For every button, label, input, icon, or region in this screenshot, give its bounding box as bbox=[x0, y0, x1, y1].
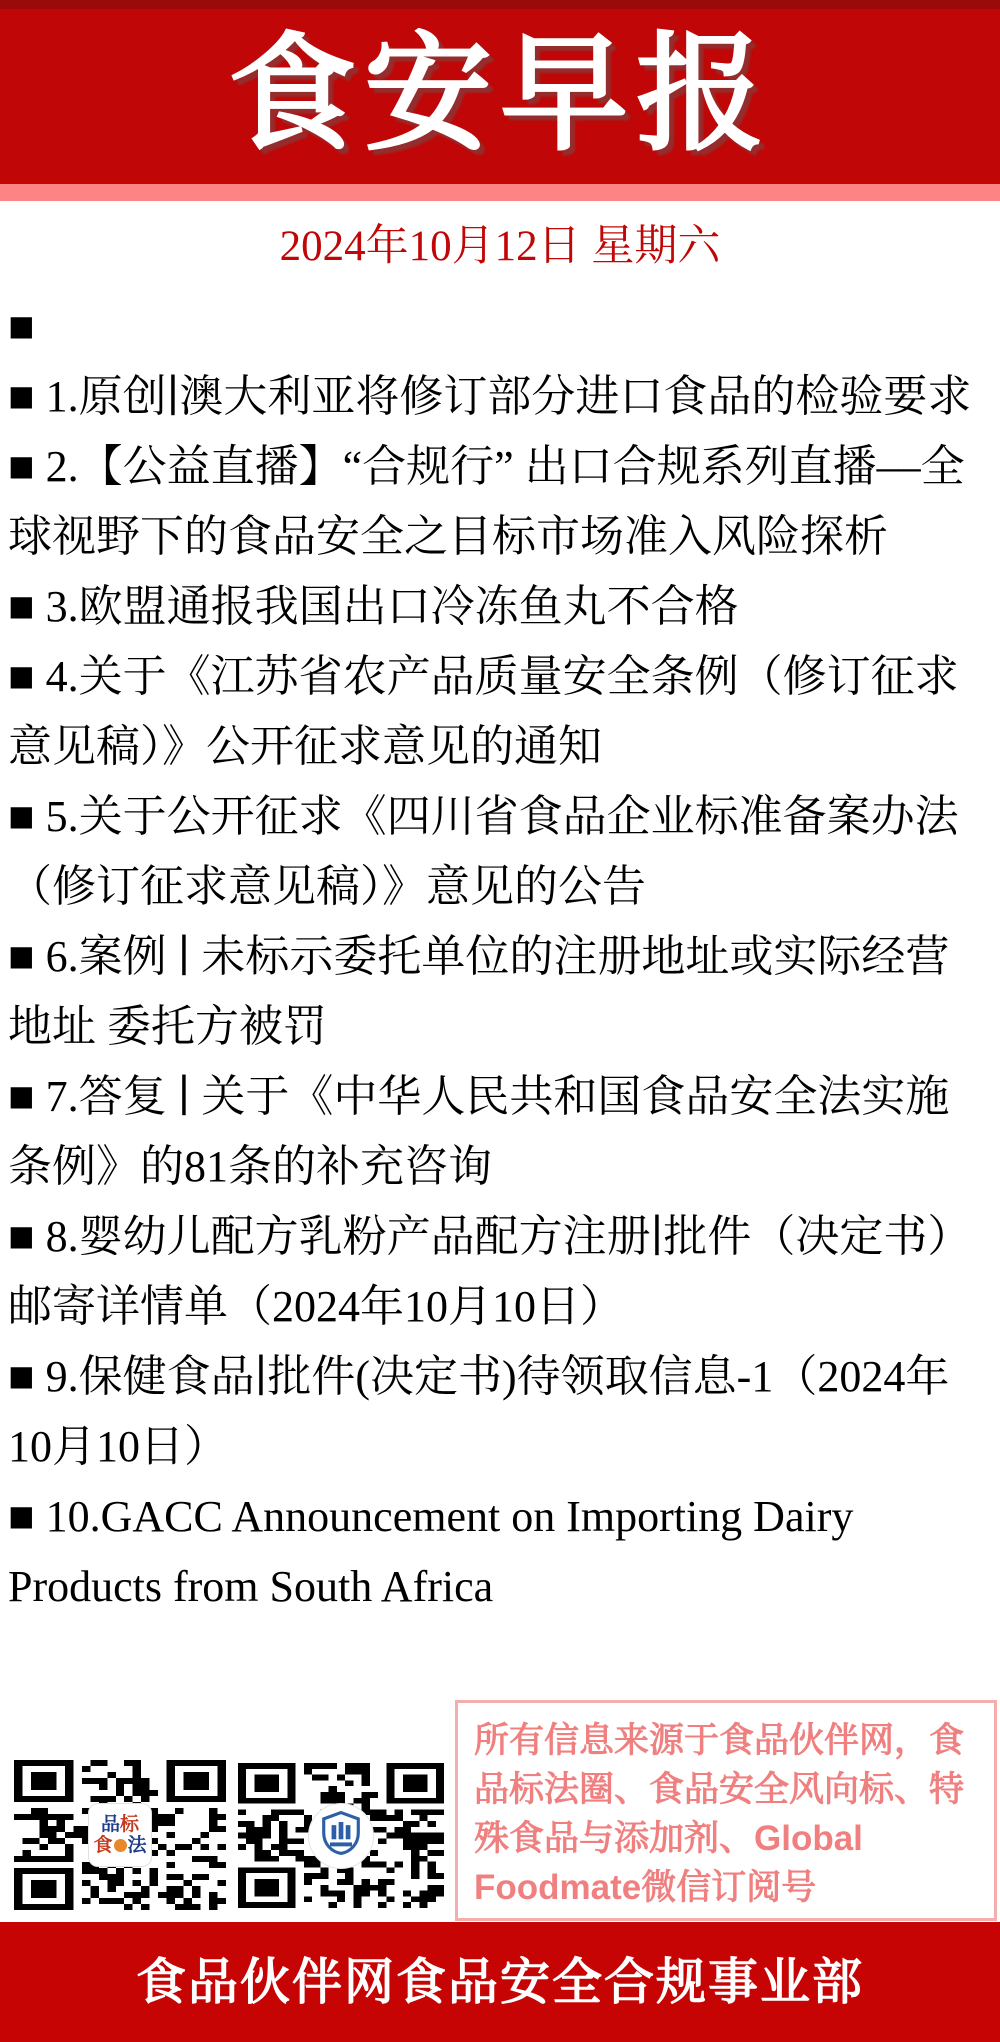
header-accent-stripe bbox=[0, 184, 1000, 201]
qr-code-shipin-biaofa-quan: 品标 食法 bbox=[14, 1760, 226, 1910]
source-notice-text: 所有信息来源于食品伙伴网，食品标法圈、食品安全风向标、特殊食品与添加剂、Glob… bbox=[474, 1716, 978, 1912]
news-item: ■ 7.答复 ∣ 关于《中华人民共和国食品安全法实施条例》的81条的补充咨询 bbox=[8, 1062, 992, 1202]
qr2-center-logo bbox=[308, 1803, 374, 1869]
banner-top-stripe bbox=[0, 0, 1000, 9]
footer-banner: 食品伙伴网食品安全合规事业部 bbox=[0, 1922, 1000, 2042]
news-list: ■ ■ 1.原创∣澳大利亚将修订部分进口食品的检验要求 ■ 2.【公益直播】“合… bbox=[8, 292, 992, 1622]
qr1-logo-line1: 品标 bbox=[101, 1814, 139, 1835]
header-banner: 食安早报 bbox=[0, 0, 1000, 184]
newsletter-title: 食安早报 bbox=[0, 12, 1000, 177]
news-item: ■ 9.保健食品∣批件(决定书)待领取信息-1（2024年10月10日） bbox=[8, 1342, 992, 1482]
news-item: ■ 2.【公益直播】“合规行” 出口合规系列直播––全球视野下的食品安全之目标市… bbox=[8, 432, 992, 572]
source-notice-box: 所有信息来源于食品伙伴网，食品标法圈、食品安全风向标、特殊食品与添加剂、Glob… bbox=[455, 1700, 997, 1921]
footer-title: 食品伙伴网食品安全合规事业部 bbox=[136, 1954, 864, 2010]
newsletter-page: 食安早报 2024年10月12日 星期六 ■ ■ 1.原创∣澳大利亚将修订部分进… bbox=[0, 0, 1000, 2042]
qr-code-global-foodmate bbox=[238, 1763, 444, 1908]
news-item-marker: ■ bbox=[8, 292, 992, 362]
news-item: ■ 5.关于公开征求《四川省食品企业标准备案办法（修订征求意见稿）》意见的公告 bbox=[8, 782, 992, 922]
news-item: ■ 6.案例 ∣ 未标示委托单位的注册地址或实际经营地址 委托方被罚 bbox=[8, 922, 992, 1062]
news-item: ■ 10.GACC Announcement on Importing Dair… bbox=[8, 1482, 992, 1622]
blue-shield-icon bbox=[322, 1811, 360, 1860]
news-item: ■ 3.欧盟通报我国出口冷冻鱼丸不合格 bbox=[8, 572, 992, 642]
orange-dot-icon bbox=[114, 1839, 127, 1852]
news-item: ■ 1.原创∣澳大利亚将修订部分进口食品的检验要求 bbox=[8, 362, 992, 432]
news-item: ■ 4.关于《江苏省农产品质量安全条例（修订征求意见稿）》公开征求意见的通知 bbox=[8, 642, 992, 782]
qr1-logo-line2: 食法 bbox=[93, 1835, 146, 1856]
qr1-center-logo: 品标 食法 bbox=[88, 1803, 152, 1867]
date-line: 2024年10月12日 星期六 bbox=[0, 216, 1000, 278]
news-item: ■ 8.婴幼儿配方乳粉产品配方注册∣批件（决定书）邮寄详情单（2024年10月1… bbox=[8, 1202, 992, 1342]
